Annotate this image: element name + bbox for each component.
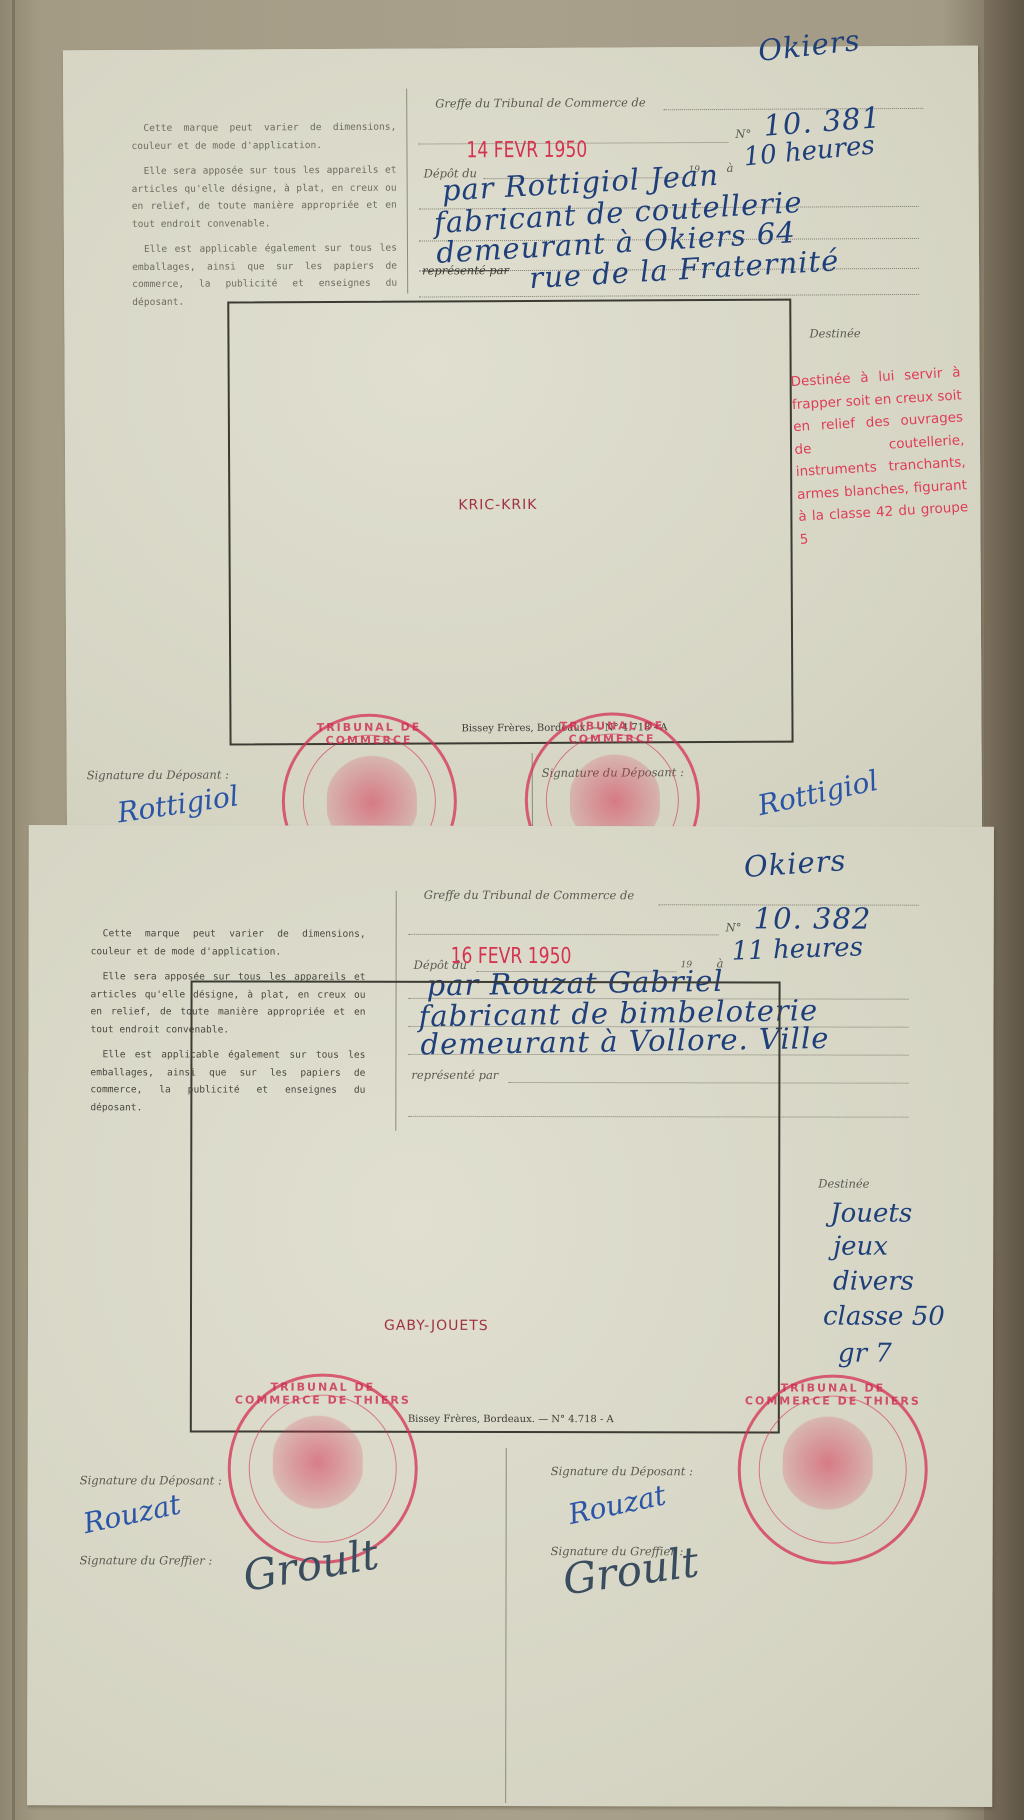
depositor-signature: Rouzat	[80, 1488, 183, 1541]
number-label: N°	[726, 920, 742, 934]
rooster-emblem-icon	[273, 1415, 363, 1510]
trademark-name: KRIC-KRIK	[458, 497, 537, 513]
handwritten-city: Okiers	[756, 23, 862, 68]
greffe-label: Greffe du Tribunal de Commerce de	[424, 888, 634, 902]
column-divider	[406, 89, 408, 294]
notice-paragraph: Elle sera apposée sur tous les appareils…	[132, 162, 397, 233]
handwritten-destination: gr 7	[838, 1339, 892, 1369]
date-stamp: 14 FEVR 1950	[466, 138, 587, 164]
handwritten-city: Okiers	[743, 843, 848, 884]
rooster-emblem-icon	[783, 1415, 873, 1510]
destinee-label: Destinée	[809, 326, 860, 340]
court-seal: TRIBUNAL DE COMMERCE DE THIERS	[228, 1374, 418, 1564]
trademark-box: GABY-JOUETS	[190, 980, 781, 1433]
sig-deposant-label: Signature du Déposant :	[87, 768, 229, 783]
court-seal: TRIBUNAL DE COMMERCE DE THIERS	[738, 1374, 928, 1564]
notice-paragraph: Cette marque peut varier de dimensions, …	[131, 119, 396, 155]
trademark-box: KRIC-KRIK	[227, 299, 793, 746]
notice-paragraph: Cette marque peut varier de dimensions, …	[91, 925, 366, 960]
destination-stamp: Destinée à lui servir à frapper soit en …	[790, 361, 970, 550]
handwritten-destination: jeux	[833, 1232, 888, 1262]
handwritten-destination: divers	[833, 1267, 914, 1297]
handwritten-destination: classe 50	[823, 1302, 945, 1332]
seal-text: TRIBUNAL DE COMMERCE	[284, 720, 453, 747]
handwritten-number: 10. 382	[754, 901, 872, 935]
trademark-name: GABY-JOUETS	[384, 1318, 489, 1334]
handwritten-destination: Jouets	[830, 1199, 912, 1229]
greffe-label: Greffe du Tribunal de Commerce de	[435, 95, 646, 110]
depositor-signature: Rottigiol	[755, 764, 881, 822]
handwritten-time: 11 heures	[731, 932, 863, 966]
seal-text: TRIBUNAL DE COMMERCE DE THIERS	[231, 1381, 415, 1407]
sig-deposant-label: Signature du Déposant :	[80, 1473, 222, 1487]
number-label: N°	[735, 127, 751, 141]
sig-deposant-label: Signature du Déposant :	[551, 1464, 693, 1478]
destinee-label: Destinée	[818, 1177, 869, 1191]
seal-text: TRIBUNAL DE COMMERCE DE THIERS	[741, 1381, 925, 1407]
usage-notice: Cette marque peut varier de dimensions, …	[131, 119, 397, 319]
time-label: à	[727, 161, 734, 175]
handwritten-time: 10 heures	[742, 130, 876, 172]
registration-form-2: Cette marque peut varier de dimensions, …	[27, 825, 994, 1807]
depositor-signature: Rottigiol	[115, 779, 241, 829]
sig-greffier-label: Signature du Greffier :	[80, 1553, 213, 1567]
dotted-line	[409, 934, 719, 936]
seal-text: TRIBUNAL DE COMMERCE	[527, 719, 696, 746]
binder-edge	[12, 0, 15, 1820]
represente-label-struck: représenté par	[422, 263, 509, 277]
depositor-signature: Rouzat	[565, 1478, 668, 1531]
registration-form-1: Cette marque peut varier de dimensions, …	[63, 46, 982, 841]
printer-imprint: Bissey Frères, Bordeaux. — N° 4.718 - A	[408, 1414, 614, 1425]
dotted-line	[419, 294, 919, 298]
date-stamp: 16 FEVR 1950	[451, 944, 572, 969]
signature-divider	[505, 1448, 507, 1803]
